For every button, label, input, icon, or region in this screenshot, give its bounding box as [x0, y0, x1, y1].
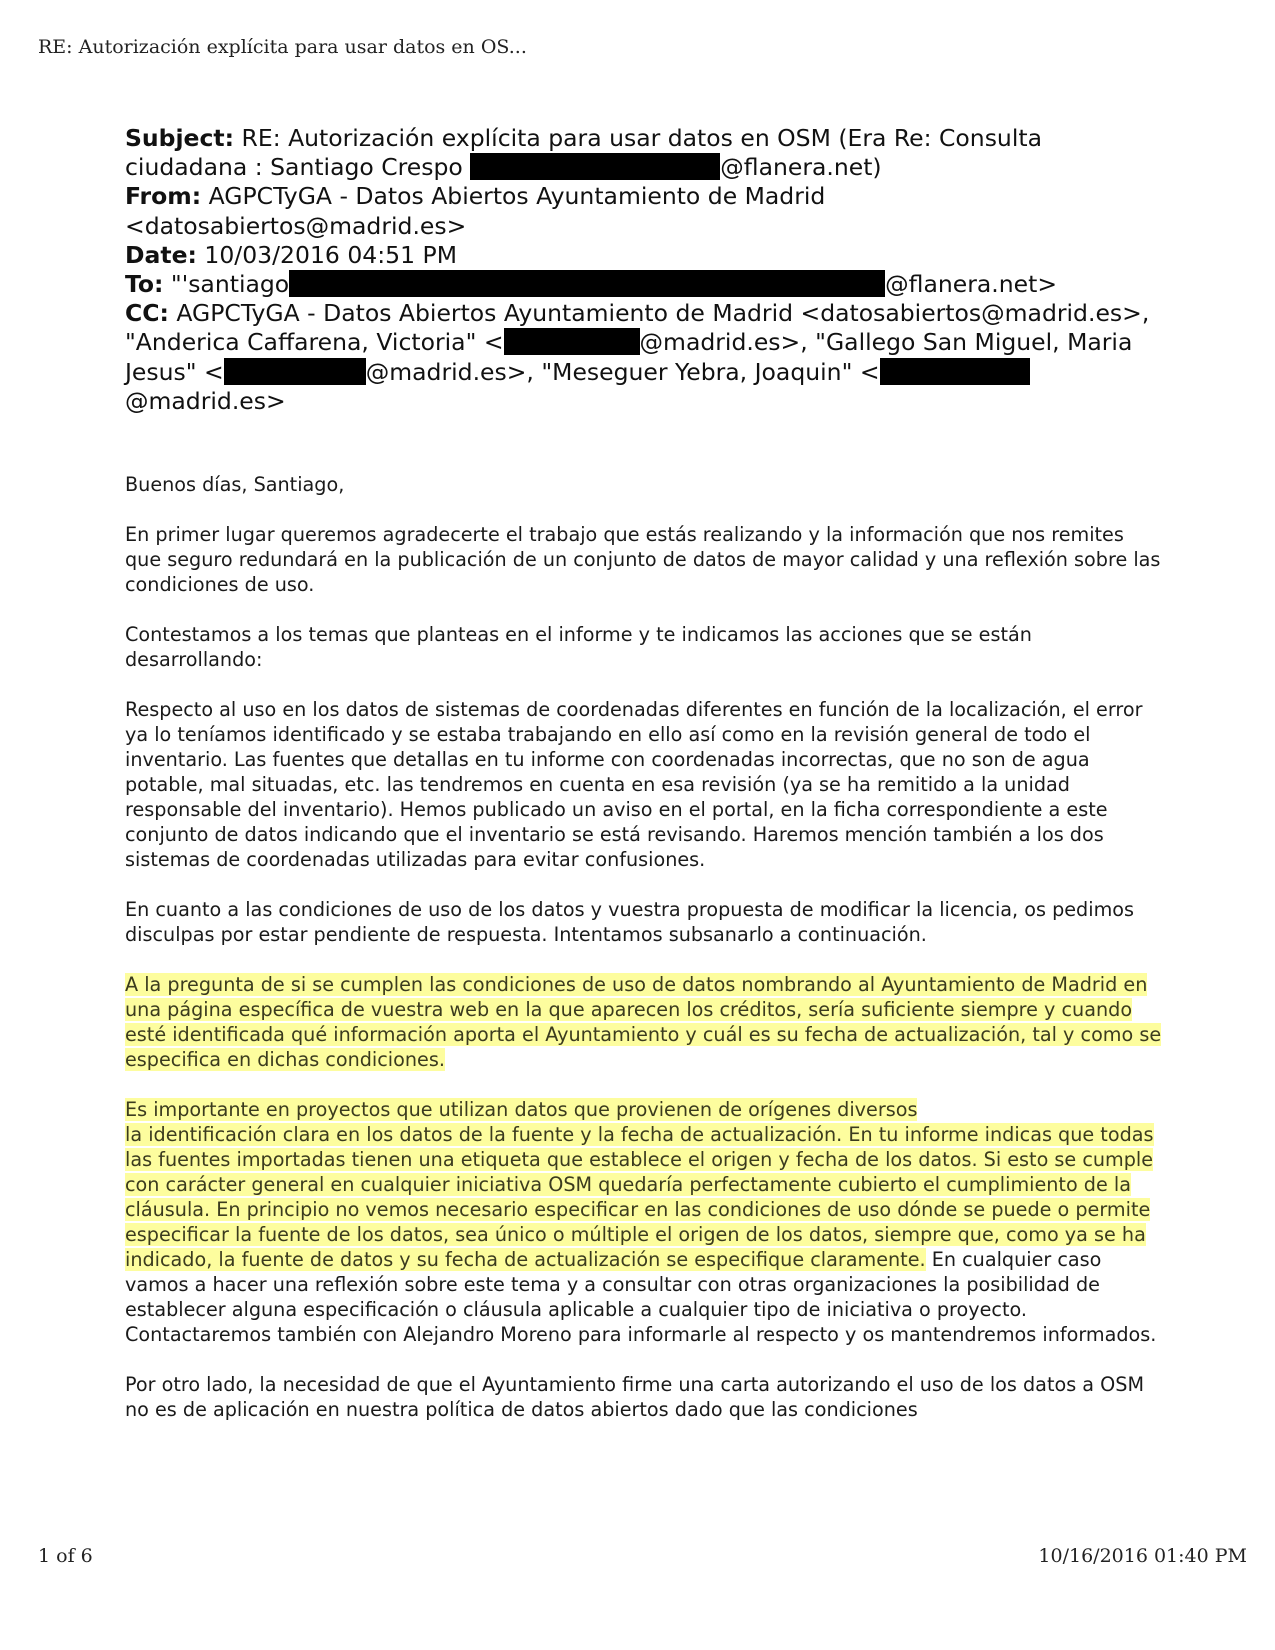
highlighted-paragraph: A la pregunta de si se cumplen las condi… — [125, 972, 1165, 1072]
subject-text-suffix: @flanera.net) — [720, 153, 881, 181]
date-label: Date: — [125, 241, 197, 269]
subject-line: Subject: RE: Autorización explícita para… — [125, 124, 1155, 182]
cc-text-4: @madrid.es> — [125, 387, 286, 415]
body-paragraph: Respecto al uso en los datos de sistemas… — [125, 697, 1165, 872]
email-headers: Subject: RE: Autorización explícita para… — [125, 124, 1155, 416]
body-paragraph: En primer lugar queremos agradecerte el … — [125, 522, 1165, 597]
page-indicator: 1 of 6 — [38, 1545, 93, 1567]
cc-text-3: @madrid.es>, "Meseguer Yebra, Joaquin" < — [366, 358, 880, 386]
redaction-box — [470, 153, 720, 180]
to-text: "'santiago — [163, 270, 289, 298]
print-footer: 1 of 6 10/16/2016 01:40 PM — [38, 1545, 1247, 1567]
email-body: Buenos días, Santiago, En primer lugar q… — [125, 472, 1165, 1447]
redaction-box — [504, 328, 640, 355]
greeting: Buenos días, Santiago, — [125, 472, 1165, 497]
date-line: Date: 10/03/2016 04:51 PM — [125, 241, 1155, 270]
highlighted-text: A la pregunta de si se cumplen las condi… — [125, 973, 1161, 1071]
subject-label: Subject: — [125, 124, 234, 152]
to-text-suffix: @flanera.net> — [885, 270, 1057, 298]
body-paragraph: En cuanto a las condiciones de uso de lo… — [125, 897, 1165, 947]
redaction-box — [224, 358, 366, 385]
redaction-box — [880, 358, 1030, 385]
date-text: 10/03/2016 04:51 PM — [197, 241, 457, 269]
from-line: From: AGPCTyGA - Datos Abiertos Ayuntami… — [125, 182, 1155, 240]
body-paragraph: Por otro lado, la necesidad de que el Ay… — [125, 1372, 1165, 1422]
redaction-box — [289, 270, 885, 297]
body-paragraph: Contestamos a los temas que planteas en … — [125, 622, 1165, 672]
cc-label: CC: — [125, 299, 169, 327]
from-label: From: — [125, 182, 201, 210]
print-header-title: RE: Autorización explícita para usar dat… — [38, 36, 527, 58]
to-line: To: "'santiago@flanera.net> — [125, 270, 1155, 299]
highlighted-text: Es importante en proyectos que utilizan … — [125, 1098, 917, 1121]
body-paragraph-mixed: Es importante en proyectos que utilizan … — [125, 1097, 1165, 1347]
to-label: To: — [125, 270, 163, 298]
from-text: AGPCTyGA - Datos Abiertos Ayuntamiento d… — [125, 182, 825, 239]
cc-line: CC: AGPCTyGA - Datos Abiertos Ayuntamien… — [125, 299, 1155, 416]
printed-timestamp: 10/16/2016 01:40 PM — [1038, 1545, 1247, 1567]
